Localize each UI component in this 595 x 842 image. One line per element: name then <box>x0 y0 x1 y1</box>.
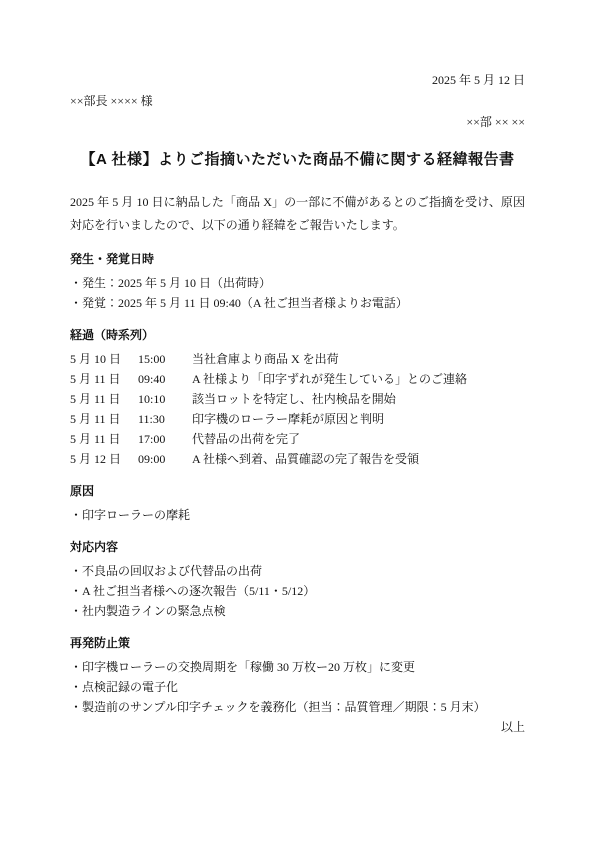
timeline-date: 5 月 10 日 <box>70 349 138 369</box>
timeline-time: 11:30 <box>138 409 186 429</box>
report-section: 再発防止策・印字機ローラーの交換周期を「稼働 30 万枚ー20 万枚」に変更・点… <box>70 633 525 717</box>
timeline-row: 5 月 11 日11:30印字機のローラー摩耗が原因と判明 <box>70 409 525 429</box>
section-heading: 経過（時系列） <box>70 325 525 345</box>
timeline-text: A 社様より「印字ずれが発生している」とのご連絡 <box>192 372 467 386</box>
intro-paragraph: 2025 年 5 月 10 日に納品した「商品 X」の一部に不備があるとのご指摘… <box>70 191 525 237</box>
timeline-date: 5 月 11 日 <box>70 389 138 409</box>
bullet-line: ・不良品の回収および代替品の出荷 <box>70 561 525 581</box>
timeline-row: 5 月 11 日09:40A 社様より「印字ずれが発生している」とのご連絡 <box>70 369 525 389</box>
bullet-line: ・A 社ご担当者様への逐次報告（5/11・5/12） <box>70 581 525 601</box>
report-section: 発生・発覚日時・発生：2025 年 5 月 10 日（出荷時）・発覚：2025 … <box>70 249 525 313</box>
document-title: 【A 社様】よりご指摘いただいた商品不備に関する経緯報告書 <box>70 147 525 173</box>
timeline-time: 17:00 <box>138 429 186 449</box>
timeline-time: 09:40 <box>138 369 186 389</box>
bullet-line: ・社内製造ラインの緊急点検 <box>70 601 525 621</box>
section-heading: 原因 <box>70 481 525 501</box>
sender-line: ××部 ×× ×× <box>70 112 525 133</box>
bullet-line: ・印字機ローラーの交換周期を「稼働 30 万枚ー20 万枚」に変更 <box>70 657 525 677</box>
section-heading: 発生・発覚日時 <box>70 249 525 269</box>
section-heading: 再発防止策 <box>70 633 525 653</box>
bullet-line: ・製造前のサンプル印字チェックを義務化（担当：品質管理／期限：5 月末） <box>70 697 525 717</box>
bullet-line: ・発生：2025 年 5 月 10 日（出荷時） <box>70 273 525 293</box>
bullet-line: ・点検記録の電子化 <box>70 677 525 697</box>
section-heading: 対応内容 <box>70 537 525 557</box>
bullet-line: ・発覚：2025 年 5 月 11 日 09:40（A 社ご担当者様よりお電話） <box>70 293 525 313</box>
timeline-time: 15:00 <box>138 349 186 369</box>
timeline-text: 印字機のローラー摩耗が原因と判明 <box>192 412 384 426</box>
closing-word: 以上 <box>70 717 525 737</box>
sections-container: 発生・発覚日時・発生：2025 年 5 月 10 日（出荷時）・発覚：2025 … <box>70 249 525 717</box>
timeline-date: 5 月 12 日 <box>70 449 138 469</box>
timeline-text: 当社倉庫より商品 X を出荷 <box>192 352 339 366</box>
report-section: 経過（時系列）5 月 10 日15:00当社倉庫より商品 X を出荷5 月 11… <box>70 325 525 469</box>
timeline-row: 5 月 11 日17:00代替品の出荷を完了 <box>70 429 525 449</box>
timeline-text: 該当ロットを特定し、社内検品を開始 <box>192 392 396 406</box>
intro-line-1: 2025 年 5 月 10 日に納品した「商品 X」の一部に不備があるとのご指摘… <box>70 191 525 214</box>
timeline-date: 5 月 11 日 <box>70 369 138 389</box>
timeline-time: 10:10 <box>138 389 186 409</box>
timeline-date: 5 月 11 日 <box>70 409 138 429</box>
timeline-text: A 社様へ到着、品質確認の完了報告を受領 <box>192 452 419 466</box>
bullet-line: ・印字ローラーの摩耗 <box>70 505 525 525</box>
timeline-row: 5 月 12 日09:00A 社様へ到着、品質確認の完了報告を受領 <box>70 449 525 469</box>
report-section: 原因・印字ローラーの摩耗 <box>70 481 525 525</box>
timeline-time: 09:00 <box>138 449 186 469</box>
timeline-text: 代替品の出荷を完了 <box>192 432 300 446</box>
intro-line-2: 対応を行いましたので、以下の通り経緯をご報告いたします。 <box>70 214 525 237</box>
recipient-line: ××部長 ×××× 様 <box>70 91 525 112</box>
document-date: 2025 年 5 月 12 日 <box>70 70 525 91</box>
timeline-row: 5 月 11 日10:10該当ロットを特定し、社内検品を開始 <box>70 389 525 409</box>
timeline-row: 5 月 10 日15:00当社倉庫より商品 X を出荷 <box>70 349 525 369</box>
report-page: 2025 年 5 月 12 日 ××部長 ×××× 様 ××部 ×× ×× 【A… <box>0 0 595 842</box>
report-section: 対応内容・不良品の回収および代替品の出荷・A 社ご担当者様への逐次報告（5/11… <box>70 537 525 621</box>
timeline-date: 5 月 11 日 <box>70 429 138 449</box>
